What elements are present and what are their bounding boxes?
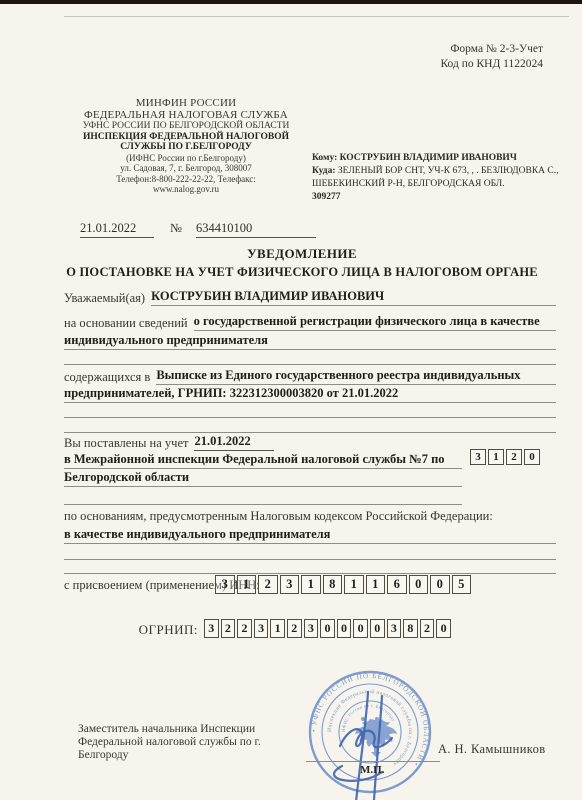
scan-artifact-line <box>64 16 569 17</box>
addressee-address: ЗЕЛЕНЫЙ БОР СНТ, УЧ-К 673, , . БЕЗЛЮДОВК… <box>312 166 559 189</box>
addressee-name: КОСТРУБИН ВЛАДИМИР ИВАНОВИЧ <box>340 153 517 163</box>
document-title: УВЕДОМЛЕНИЕ О ПОСТАНОВКЕ НА УЧЕТ ФИЗИЧЕС… <box>20 246 582 280</box>
contained-label: содержащихся в <box>64 370 156 385</box>
digit-cell: 1 <box>488 449 504 465</box>
signer-position-line: Белгороду <box>78 749 328 762</box>
blank-ruled-line <box>64 350 556 365</box>
digit-cell: 0 <box>370 619 385 638</box>
blank-ruled-line <box>64 490 462 505</box>
form-code-block: Форма № 2-3-Учет Код по КНД 1122024 <box>440 42 543 72</box>
registered-label: Вы поставлены на учет <box>64 436 194 451</box>
salutation-row: Уважаемый(ая) КОСТРУБИН ВЛАДИМИР ИВАНОВИ… <box>64 289 556 306</box>
sender-letterhead: МИНФИН РОССИИ ФЕДЕРАЛЬНАЯ НАЛОГОВАЯ СЛУЖ… <box>58 97 314 195</box>
digit-cell: 0 <box>409 575 429 594</box>
sender-line: ул. Садовая, 7, г. Белгород, 308007 <box>58 163 314 174</box>
mp-label: М.П. <box>360 764 384 776</box>
digit-cell: 1 <box>344 575 364 594</box>
basis-row: на основании сведений о государственной … <box>64 314 556 331</box>
digit-cell: 2 <box>287 619 302 638</box>
digit-cell: 2 <box>258 575 278 594</box>
digit-cell: 2 <box>237 619 252 638</box>
addressee-to-line: Кому: КОСТРУБИН ВЛАДИМИР ИВАНОВИЧ <box>312 152 566 165</box>
contained-row: содержащихся в Выписке из Единого госуда… <box>64 368 556 385</box>
digit-cell: 1 <box>301 575 321 594</box>
digit-cell: 2 <box>420 619 435 638</box>
digit-cell: 3 <box>470 449 486 465</box>
scanned-tax-notice: Форма № 2-3-Учет Код по КНД 1122024 МИНФ… <box>0 0 582 800</box>
addressee-where-line: Куда: ЗЕЛЕНЫЙ БОР СНТ, УЧ-К 673, , . БЕЗ… <box>312 165 566 191</box>
authority-code-boxes: 3120 <box>470 449 540 465</box>
doc-number: 634410100 <box>196 221 316 238</box>
digit-cell: 3 <box>304 619 319 638</box>
digit-cell: 3 <box>280 575 300 594</box>
digit-cell: 0 <box>436 619 451 638</box>
blank-ruled-line <box>64 403 556 418</box>
addressee-postal-code: 309277 <box>312 191 566 204</box>
digit-cell: 1 <box>270 619 285 638</box>
number-sign: № <box>170 221 182 235</box>
digit-cell: 1 <box>366 575 386 594</box>
sender-line: Телефон:8-800-222-22-22, Телефакс: <box>58 174 314 185</box>
ogrnip-label: ОГРНИП: <box>64 622 198 638</box>
inn-digit-boxes: 312318116005 <box>215 575 471 594</box>
signer-position-line: Федеральной налоговой службы по г. <box>78 736 328 749</box>
digit-cell: 8 <box>403 619 418 638</box>
grounds-label: по основаниям, предусмотренным Налоговым… <box>64 509 556 524</box>
signer-name: А. Н. Камышников <box>438 742 546 757</box>
sender-line: ФЕДЕРАЛЬНАЯ НАЛОГОВАЯ СЛУЖБА <box>58 109 314 121</box>
addressee-block: Кому: КОСТРУБИН ВЛАДИМИР ИВАНОВИЧ Куда: … <box>312 152 566 204</box>
basis-value-field: о государственной регистрации физическог… <box>194 314 556 331</box>
handwritten-signature <box>324 684 428 800</box>
to-label: Кому: <box>312 153 337 163</box>
digit-cell: 0 <box>353 619 368 638</box>
digit-cell: 0 <box>430 575 450 594</box>
knd-code-label: Код по КНД 1122024 <box>440 57 543 72</box>
signer-position-block: Заместитель начальника Инспекции Федерал… <box>78 723 328 762</box>
basis-label: на основании сведений <box>64 316 194 331</box>
digit-cell: 3 <box>204 619 219 638</box>
digit-cell: 0 <box>320 619 335 638</box>
signature-icon <box>324 684 428 800</box>
digit-cell: 8 <box>323 575 343 594</box>
digit-cell: 3 <box>215 575 235 594</box>
digit-cell: 3 <box>254 619 269 638</box>
digit-cell: 5 <box>452 575 472 594</box>
basis-value-continued: индивидуального предпринимателя <box>64 333 556 350</box>
contained-value-field: Выписке из Единого государственного реес… <box>156 368 556 385</box>
blank-ruled-line <box>64 559 556 574</box>
sender-line: МИНФИН РОССИИ <box>58 97 314 109</box>
digit-cell: 2 <box>221 619 236 638</box>
grounds-value-field: в качестве индивидуального предпринимате… <box>64 527 556 544</box>
sender-line: СЛУЖБЫ ПО Г.БЕЛГОРОДУ <box>58 142 314 153</box>
digit-cell: 6 <box>387 575 407 594</box>
digit-cell: 0 <box>337 619 352 638</box>
digit-cell: 2 <box>506 449 522 465</box>
where-label: Куда: <box>312 166 336 176</box>
registered-date-field: 21.01.2022 <box>194 434 274 451</box>
scan-edge-top <box>0 0 582 4</box>
doc-number-line: 21.01.2022№634410100 <box>80 221 316 238</box>
sender-line: ИНСПЕКЦИЯ ФЕДЕРАЛЬНОЙ НАЛОГОВОЙ <box>58 132 314 143</box>
salutation-label: Уважаемый(ая) <box>64 291 151 306</box>
signer-position-line: Заместитель начальника Инспекции <box>78 723 328 736</box>
digit-cell: 0 <box>524 449 540 465</box>
ogrnip-digit-boxes: 322312300003820 <box>204 619 451 638</box>
title-line-1: УВЕДОМЛЕНИЕ <box>20 246 582 262</box>
authority-name-line2: Белгородской области <box>64 470 462 487</box>
blank-ruled-line <box>64 545 556 560</box>
doc-date: 21.01.2022 <box>80 221 154 238</box>
sender-line: УФНС РОССИИ ПО БЕЛГОРОДСКОЙ ОБЛАСТИ <box>58 121 314 132</box>
title-line-2: О ПОСТАНОВКЕ НА УЧЕТ ФИЗИЧЕСКОГО ЛИЦА В … <box>20 265 582 280</box>
form-number-label: Форма № 2-3-Учет <box>440 42 543 57</box>
salutation-name-field: КОСТРУБИН ВЛАДИМИР ИВАНОВИЧ <box>151 289 556 306</box>
blank-ruled-line <box>64 418 556 433</box>
digit-cell: 3 <box>387 619 402 638</box>
sender-line: (ИФНС России по г.Белгороду) <box>58 153 314 164</box>
digit-cell: 1 <box>237 575 257 594</box>
authority-name-line1: в Межрайонной инспекции Федеральной нало… <box>64 452 462 469</box>
contained-value-continued: предпринимателей, ГРНИП: 322312300003820… <box>64 386 556 403</box>
sender-website: www.nalog.gov.ru <box>58 184 314 195</box>
